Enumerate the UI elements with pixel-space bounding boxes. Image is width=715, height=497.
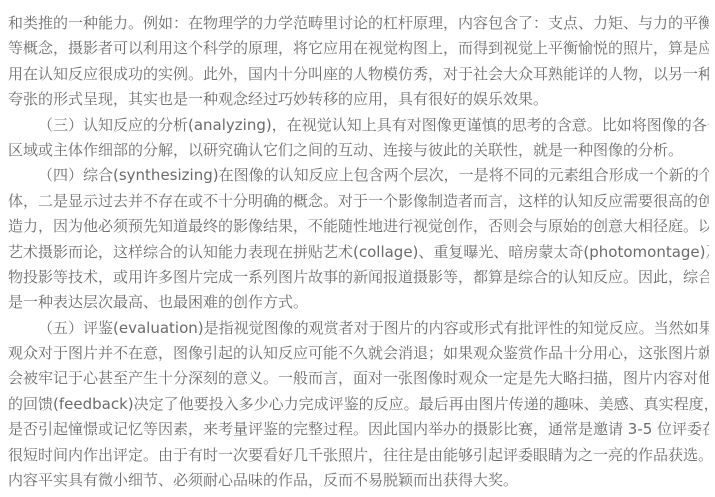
text-line: 是否引起憧憬或记忆等因素，来考量评鉴的完整过程。因此国内举办的摄影比赛，通常是邀… [8,417,709,442]
text-line: 体，二是显示过去并不存在或不十分明确的概念。对于一个影像制造者而言，这样的认知反… [8,189,709,214]
document-page: 和类推的一种能力。例如：在物理学的力学范畴里讨论的杠杆原理，内容包含了：支点、力… [0,0,715,497]
text-line: 观众对于图片并不在意，图像引起的认知反应可能不久就会消退；如果观众鉴赏作品十分用… [8,341,709,366]
text-line: （五）评鉴(evaluation)是指视觉图像的观赏者对于图片的内容或形式有批评… [8,316,709,341]
text-line: 和类推的一种能力。例如：在物理学的力学范畴里讨论的杠杆原理，内容包含了：支点、力… [8,11,709,36]
text-line: 的回馈(feedback)决定了他要投入多少心力完成评鉴的反应。最后再由图片传递… [8,392,709,417]
text-line: 等概念，摄影者可以利用这个科学的原理，将它应用在视觉构图上，而得到视觉上平衡愉悦… [8,36,709,61]
text-line: 用在认知反应很成功的实例。此外，国内十分叫座的人物模仿秀，对于社会大众耳熟能详的… [8,62,709,87]
text-line: （四）综合(synthesizing)在图像的认知反应上包含两个层次，一是将不同… [8,163,709,188]
text-line: 会被牢记于心甚至产生十分深刻的意义。一般而言，面对一张图像时观众一定是先大略扫描… [8,366,709,391]
text-line: 艺术摄影而论，这样综合的认知能力表现在拼贴艺术(collage)、重复曝光、暗房… [8,240,709,265]
text-line: 区域或主体作细部的分解，以研究确认它们之间的互动、连接与彼此的关联性，就是一种图… [8,138,709,163]
text-line: 夸张的形式呈现，其实也是一种观念经过巧妙转移的应用，具有很好的娱乐效果。 [8,87,709,112]
text-line: 内容平实具有微小细节、必须耐心品味的作品，反而不易脱颖而出获得大奖。 [8,468,709,493]
text-line: 造力，因为他必须预先知道最终的影像结果，不能随性地进行视觉创作，否则会与原始的创… [8,214,709,239]
text-line: 是一种表达层次最高、也最困难的创作方式。 [8,290,709,315]
text-line: 物投影等技术，或用许多图片完成一系列图片故事的新闻报道摄影等，都算是综合的认知反… [8,265,709,290]
text-line: 很短时间内作出评定。由于有时一次要看好几千张照片，往往是由能够引起评委眼睛为之一… [8,443,709,468]
document-text-body: 和类推的一种能力。例如：在物理学的力学范畴里讨论的杠杆原理，内容包含了：支点、力… [0,0,715,493]
text-line: （三）认知反应的分析(analyzing)，在视觉认知上具有对图像更谨慎的思考的… [8,113,709,138]
